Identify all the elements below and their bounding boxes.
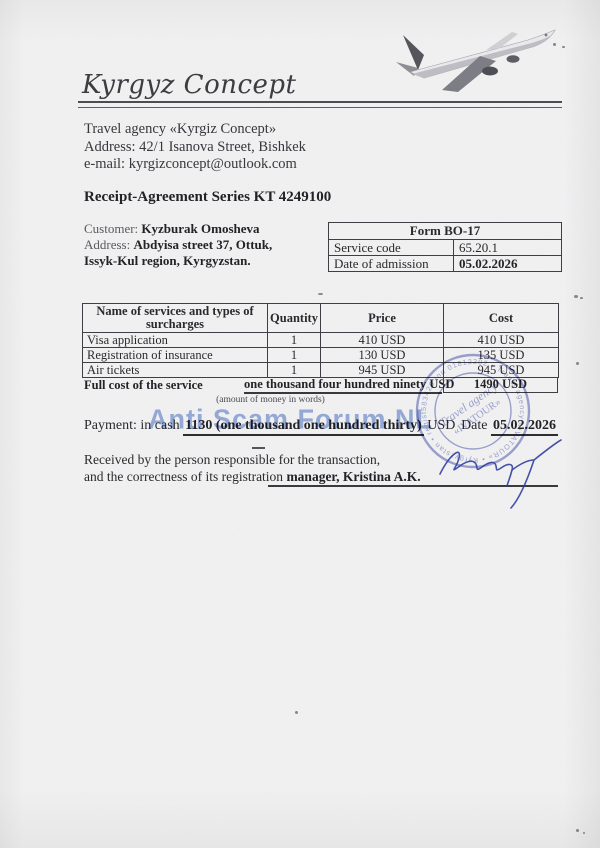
scan-speck [580, 297, 583, 299]
brand-title: Kyrgyz Concept [82, 70, 297, 100]
service-quantity: 1 [268, 333, 321, 348]
table-row: Date of admission 05.02.2026 [329, 256, 562, 272]
customer-block: Customer: Kyzburak Omosheva Address: Abd… [84, 221, 272, 269]
receipt-title: Receipt-Agreement Series KT 4249100 [84, 189, 331, 206]
agency-name-line: Travel agency «Kyrgiz Concept» [84, 121, 306, 139]
airplane-photo [388, 10, 588, 102]
services-header-row: Name of services and types of surcharges… [83, 304, 559, 333]
customer-address-label: Address: [84, 237, 133, 252]
scan-speck [574, 295, 578, 298]
header-cost: Cost [444, 304, 559, 333]
scan-speck [576, 829, 579, 832]
received-line-1: Received by the person responsible for t… [84, 452, 421, 469]
received-block: Received by the person responsible for t… [84, 452, 421, 485]
form-title-cell: Form BO-17 [329, 223, 562, 240]
customer-address-line1: Address: Abdyisa street 37, Ottuk, [84, 237, 272, 253]
admission-date-value: 05.02.2026 [454, 256, 562, 272]
letterhead-rule-bottom [78, 107, 562, 108]
header-price: Price [321, 304, 444, 333]
customer-name: Kyzburak Omosheva [141, 221, 259, 236]
table-row: Visa application 1 410 USD 410 USD [83, 333, 559, 348]
service-name: Registration of insurance [83, 348, 268, 363]
agency-info-block: Travel agency «Kyrgiz Concept» Address: … [84, 121, 306, 174]
scan-speck [583, 832, 585, 834]
service-code-value: 65.20.1 [454, 240, 562, 256]
signer-name: manager, Kristina A.K. [286, 469, 420, 484]
received-line-2-text: and the correctness of its registration [84, 469, 286, 484]
admission-date-label: Date of admission [329, 256, 454, 272]
scan-speck [576, 362, 579, 365]
service-name: Visa application [83, 333, 268, 348]
scan-dash-artifact [252, 447, 265, 449]
agency-address-line: Address: 42/1 Isanova Street, Bishkek [84, 139, 306, 157]
amount-words-text: one thousand four hundred ninety [244, 377, 426, 391]
handwritten-signature [428, 432, 573, 514]
scan-speck [562, 46, 565, 48]
customer-address-value2: Issyk-Kul region, Kyrgyzstan. [84, 253, 251, 268]
customer-address-line2: Issyk-Kul region, Kyrgyzstan. [84, 253, 272, 269]
scanned-receipt-page: Kyrgyz Concept Travel agency «Kyrgiz Con… [0, 0, 600, 848]
table-row: Service code 65.20.1 [329, 240, 562, 256]
scan-speck [295, 711, 298, 714]
full-cost-label: Full cost of the service [84, 378, 203, 393]
received-line-2: and the correctness of its registration … [84, 469, 421, 486]
service-quantity: 1 [268, 348, 321, 363]
service-quantity: 1 [268, 363, 321, 378]
service-cost: 410 USD [444, 333, 559, 348]
service-code-label: Service code [329, 240, 454, 256]
form-info-table: Form BO-17 Service code 65.20.1 Date of … [328, 222, 562, 272]
header-quantity: Quantity [268, 304, 321, 333]
scan-speck [553, 43, 556, 46]
service-price: 410 USD [321, 333, 444, 348]
agency-email-line: e-mail: kyrgizconcept@outlook.com [84, 156, 306, 174]
header-name: Name of services and types of surcharges [83, 304, 268, 333]
customer-address-value1: Abdyisa street 37, Ottuk, [133, 237, 272, 252]
letterhead-rule-top [78, 101, 562, 103]
service-name: Air tickets [83, 363, 268, 378]
customer-label: Customer: [84, 221, 141, 236]
scan-speck [318, 293, 323, 295]
customer-line: Customer: Kyzburak Omosheva [84, 221, 272, 237]
